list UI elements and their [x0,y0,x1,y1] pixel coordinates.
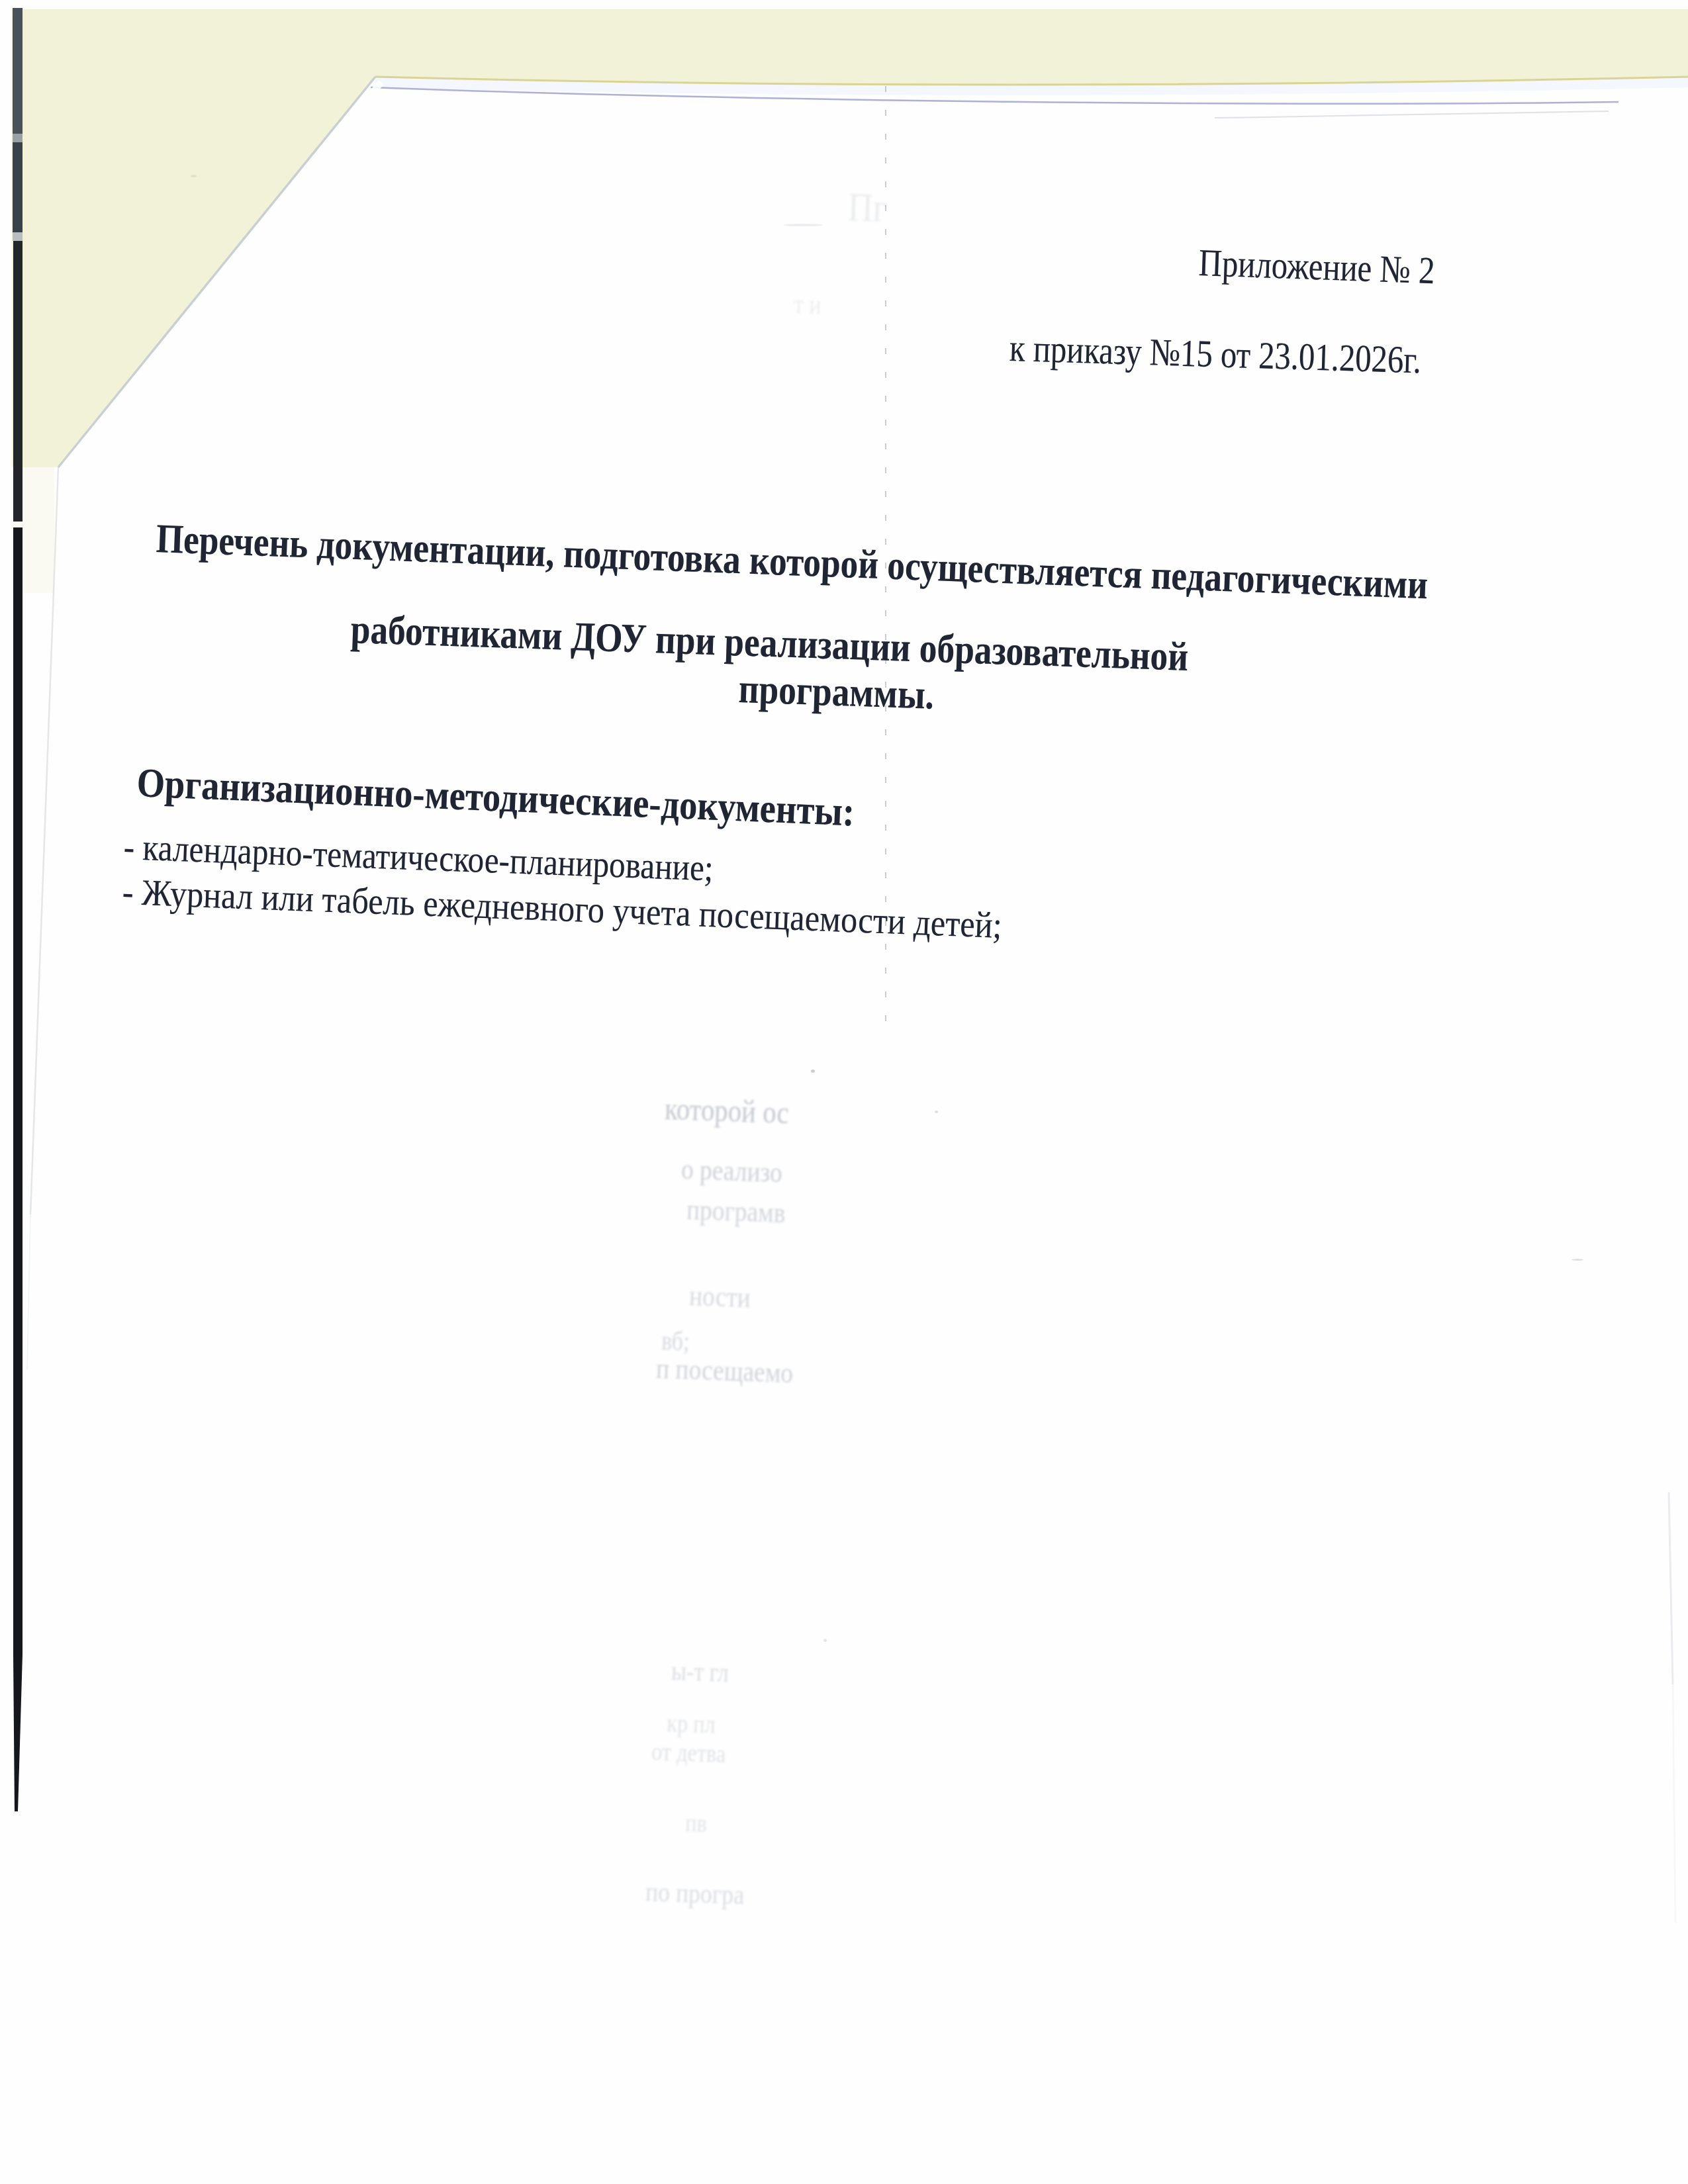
title-line-3: программы. [738,668,935,716]
under-sheet-gray-edge [1215,111,1609,118]
scanner-edge-bar [13,8,23,1811]
right-paper-edge-fade [1673,1684,1675,1923]
left-paper-edge-fade [27,1214,30,1370]
right-paper-edge [1669,1492,1673,1684]
annotation-appendix-number: Приложение № 2 [1198,244,1436,290]
scanner-backing [12,9,1688,467]
page-background [0,0,1688,2184]
scanned-page: которой осо реализопрограмвностивб;п пос… [0,0,1688,2184]
